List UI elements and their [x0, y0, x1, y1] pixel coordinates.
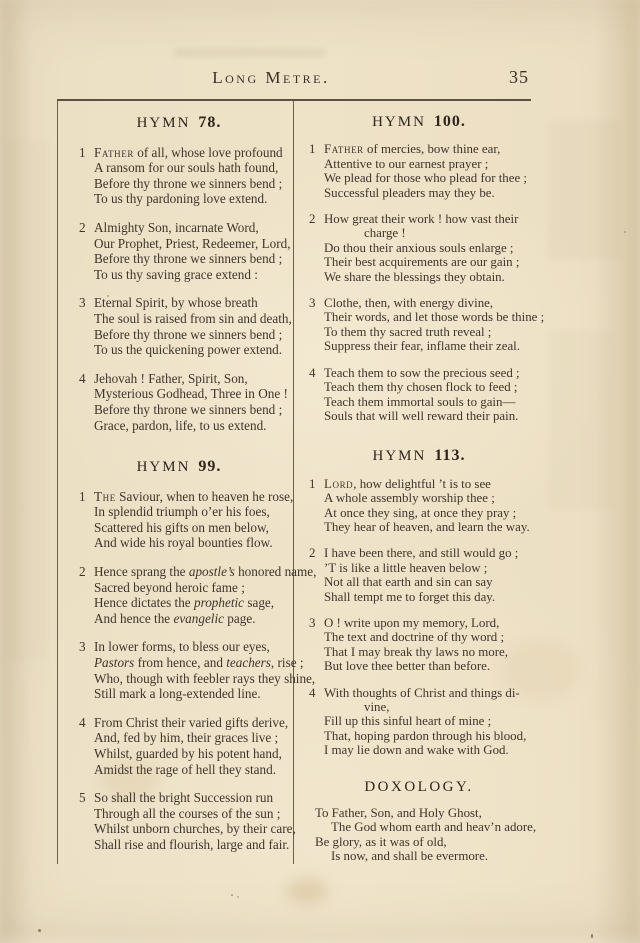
verse-line: Lord, how delightful ’t is to see	[324, 477, 531, 491]
hymn-heading-label: HYMN	[137, 459, 191, 475]
showthrough-mark	[8, 140, 48, 660]
verse-line: Teach them thy chosen flock to feed ;	[324, 380, 531, 394]
verse-line: ’T is like a little heaven below ;	[324, 561, 531, 575]
verse-text-segment: Father	[94, 145, 134, 160]
hymn-heading: HYMN99.	[77, 459, 281, 476]
right-column: HYMN100.1Father of mercies, bow thine ea…	[294, 101, 531, 864]
verse-line: Do thou their anxious souls enlarge ;	[324, 241, 531, 255]
verse-line: To them thy sacred truth reveal ;	[324, 325, 531, 339]
hymn-number: 100.	[434, 113, 466, 130]
verse-line: Teach them immortal souls to gain—	[324, 395, 531, 409]
hymn-verse: 3O ! write upon my memory, Lord,The text…	[324, 616, 531, 674]
verse-line: Before thy throne we sinners bend ;	[94, 402, 281, 418]
verse-line: But love thee better than before.	[324, 659, 531, 673]
verse-line: Suppress their fear, inflame their zeal.	[324, 339, 531, 353]
verse-line: So shall the bright Succession run	[94, 790, 281, 806]
page-content: Long Metre. 35 HYMN78.1Father of all, wh…	[57, 58, 531, 864]
verse-text-segment: teachers	[226, 655, 271, 670]
hymn-columns: HYMN78.1Father of all, whose love profou…	[57, 101, 531, 864]
hymn-verse: 2How great their work ! how vast theirch…	[324, 212, 531, 284]
verse-number: 3	[79, 639, 86, 655]
verse-line: Teach them to sow the precious seed ;	[324, 366, 531, 380]
verse-line: Is now, and shall be evermore.	[315, 849, 531, 863]
verse-line: A ransom for our souls hath found,	[94, 160, 281, 176]
verse-number: 1	[79, 489, 86, 505]
verse-line: Pastors from hence, and teachers, rise ;	[94, 655, 281, 671]
verse-text-segment: prophetic	[194, 595, 244, 610]
verse-line: Fill up this sinful heart of mine ;	[324, 714, 531, 728]
verse-line: How great their work ! how vast their	[324, 212, 531, 226]
hymnal-page: Long Metre. 35 HYMN78.1Father of all, wh…	[0, 0, 640, 943]
paper-speck	[624, 231, 626, 233]
verse-line: O ! write upon my memory, Lord,	[324, 616, 531, 630]
paper-speck	[38, 929, 41, 932]
verse-text-segment: The	[94, 489, 116, 504]
hymn-verse: 4With thoughts of Christ and things di-v…	[324, 686, 531, 758]
verse-number: 1	[79, 145, 86, 161]
hymn-verse: 2Hence sprang the apostle’s honored name…	[94, 564, 281, 626]
verse-line: Whilst unborn churches, by their care,	[94, 821, 281, 837]
verse-number: 3	[309, 616, 315, 630]
verse-text-segment: page.	[224, 611, 256, 626]
verse-line: To us the quickening power extend.	[94, 342, 281, 358]
verse-line: And wide his royal bounties flow.	[94, 535, 281, 551]
hymn-number: 113.	[434, 447, 465, 464]
hymn-verse: 5So shall the bright Succession runThrou…	[94, 790, 281, 852]
verse-number: 1	[309, 142, 315, 156]
verse-line: Hence dictates the prophetic sage,	[94, 595, 281, 611]
verse-line: Our Prophet, Priest, Redeemer, Lord,	[94, 236, 281, 252]
hymn-verse: 3Clothe, then, with energy divine,Their …	[324, 296, 531, 354]
verse-line: Their words, and let those words be thin…	[324, 310, 531, 324]
verse-line: charge !	[324, 226, 531, 240]
verse-number: 5	[79, 790, 86, 806]
verse-line: With thoughts of Christ and things di-	[324, 686, 531, 700]
hymn-verse: 3Eternal Spirit, by whose breathThe soul…	[94, 295, 281, 357]
hymn-number: 99.	[198, 458, 221, 475]
hymn-number: 78.	[198, 114, 221, 131]
verse-line: Successful pleaders may they be.	[324, 186, 531, 200]
verse-number: 2	[79, 564, 86, 580]
verse-line: Eternal Spirit, by whose breath	[94, 295, 281, 311]
hymn-verse: 1Lord, how delightful ’t is to seeA whol…	[324, 477, 531, 535]
verse-text-segment: , how delightful ’t is to see	[353, 477, 491, 491]
paper-speck	[237, 896, 239, 898]
verse-line: Clothe, then, with energy divine,	[324, 296, 531, 310]
verse-text-segment: Hence sprang the	[94, 564, 189, 579]
verse-line: Not all that earth and sin can say	[324, 575, 531, 589]
verse-number: 4	[309, 366, 315, 380]
verse-number: 2	[79, 220, 86, 236]
verse-line: And, fed by him, their graces live ;	[94, 730, 281, 746]
verse-text-segment: evangelic	[173, 611, 224, 626]
hymn-heading-label: HYMN	[373, 448, 427, 464]
verse-text-segment: sage,	[244, 595, 274, 610]
verse-line: In lower forms, to bless our eyes,	[94, 639, 281, 655]
verse-line: Shall rise and flourish, large and fair.	[94, 837, 281, 853]
paper-speck	[231, 894, 233, 896]
verse-text-segment: from hence, and	[134, 655, 226, 670]
verse-text-segment: Father	[324, 142, 364, 156]
verse-line: Whilst, guarded by his potent hand,	[94, 746, 281, 762]
verse-line: Be glory, as it was of old,	[315, 835, 531, 849]
verse-line: Souls that will well reward their pain.	[324, 409, 531, 423]
paper-stain	[286, 878, 328, 904]
verse-line: Who, though with feebler rays they shine…	[94, 671, 281, 687]
verse-line: Through all the courses of the sun ;	[94, 806, 281, 822]
verse-line: A whole assembly worship thee ;	[324, 491, 531, 505]
verse-line: Amidst the rage of hell they stand.	[94, 762, 281, 778]
showthrough-mark	[548, 330, 614, 510]
verse-line: Jehovah ! Father, Spirit, Son,	[94, 371, 281, 387]
verse-number: 1	[309, 477, 315, 491]
hymn-heading: HYMN100.	[307, 115, 531, 129]
verse-line: Shall tempt me to forget this day.	[324, 590, 531, 604]
paper-speck	[591, 934, 593, 938]
hymn-verse: 1Father of mercies, bow thine ear,Attent…	[324, 142, 531, 200]
verse-number: 2	[309, 546, 315, 560]
verse-line: And hence the evangelic page.	[94, 611, 281, 627]
verse-line: The soul is raised from sin and death,	[94, 311, 281, 327]
verse-text-segment: apostle’s	[189, 564, 235, 579]
verse-text-segment: honored name,	[235, 564, 317, 579]
hymn-heading: HYMN78.	[77, 115, 281, 132]
verse-line: We share the blessings they obtain.	[324, 270, 531, 284]
verse-line: The God whom earth and heav’n adore,	[315, 820, 531, 834]
hymn-heading-label: HYMN	[372, 114, 426, 130]
verse-line: In splendid triumph o’er his foes,	[94, 504, 281, 520]
verse-line: They hear of heaven, and learn the way.	[324, 520, 531, 534]
verse-line: Father of mercies, bow thine ear,	[324, 142, 531, 156]
verse-line: I may lie down and wake with God.	[324, 743, 531, 757]
verse-line: Before thy throne we sinners bend ;	[94, 176, 281, 192]
verse-number: 4	[79, 371, 86, 387]
verse-line: Still mark a long-extended line.	[94, 686, 281, 702]
verse-text-segment: , rise ;	[271, 655, 304, 670]
hymn-verse: 4Teach them to sow the precious seed ;Te…	[324, 366, 531, 424]
verse-text-segment: Saviour, when to heaven he rose,	[116, 489, 293, 504]
verse-text-segment: of mercies, bow thine ear,	[364, 142, 501, 156]
hymn-verse: 1Father of all, whose love profoundA ran…	[94, 145, 281, 207]
verse-line: vine,	[324, 700, 531, 714]
hymn-verse: 3In lower forms, to bless our eyes,Pasto…	[94, 639, 281, 701]
verse-line: Before thy throne we sinners bend ;	[94, 251, 281, 267]
verse-number: 3	[309, 296, 315, 310]
verse-line: Scattered his gifts on men below,	[94, 520, 281, 536]
hymn-verse: 4From Christ their varied gifts derive,A…	[94, 715, 281, 777]
verse-line: Before thy throne we sinners bend ;	[94, 327, 281, 343]
verse-number: 4	[309, 686, 315, 700]
verse-number: 3	[79, 295, 86, 311]
hymn-verse: To Father, Son, and Holy Ghost,The God w…	[315, 806, 531, 864]
verse-line: That I may break thy laws no more,	[324, 645, 531, 659]
hymn-heading-label: HYMN	[137, 115, 191, 131]
verse-line: Mysterious Godhead, Three in One !	[94, 386, 281, 402]
verse-text-segment: And hence the	[94, 611, 173, 626]
hymn-verse: 2Almighty Son, incarnate Word,Our Prophe…	[94, 220, 281, 282]
verse-line: Sacred beyond heroic fame ;	[94, 580, 281, 596]
verse-line: To us thy pardoning love extend.	[94, 191, 281, 207]
hymn-heading: HYMN113.	[307, 449, 531, 463]
verse-number: 2	[309, 212, 315, 226]
verse-line: The Saviour, when to heaven he rose,	[94, 489, 281, 505]
page-number: 35	[509, 67, 529, 88]
verse-line: We plead for those who plead for thee ;	[324, 171, 531, 185]
verse-line: Almighty Son, incarnate Word,	[94, 220, 281, 236]
verse-line: The text and doctrine of thy word ;	[324, 630, 531, 644]
running-title: Long Metre.	[57, 68, 485, 88]
showthrough-mark	[548, 120, 618, 260]
verse-line: From Christ their varied gifts derive,	[94, 715, 281, 731]
verse-line: Attentive to our earnest prayer ;	[324, 157, 531, 171]
verse-line: To Father, Son, and Holy Ghost,	[315, 806, 531, 820]
verse-line: Grace, pardon, life, to us extend.	[94, 418, 281, 434]
doxology-heading: DOXOLOGY.	[307, 780, 531, 794]
verse-text-segment: Lord	[324, 477, 353, 491]
verse-line: Father of all, whose love profound	[94, 145, 281, 161]
verse-line: Hence sprang the apostle’s honored name,	[94, 564, 281, 580]
verse-line: Their best acquirements are our gain ;	[324, 255, 531, 269]
verse-line: To us thy saving grace extend :	[94, 267, 281, 283]
verse-text-segment: Hence dictates the	[94, 595, 194, 610]
left-column: HYMN78.1Father of all, whose love profou…	[57, 101, 294, 864]
verse-line: At once they sing, at once they pray ;	[324, 506, 531, 520]
verse-line: That, hoping pardon through his blood,	[324, 729, 531, 743]
page-header: Long Metre. 35	[57, 68, 531, 96]
verse-text-segment: of all, whose love profound	[134, 145, 283, 160]
verse-line: I have been there, and still would go ;	[324, 546, 531, 560]
verse-number: 4	[79, 715, 86, 731]
hymn-verse: 4Jehovah ! Father, Spirit, Son,Mysteriou…	[94, 371, 281, 433]
verse-text-segment: Pastors	[94, 655, 134, 670]
hymn-verse: 2I have been there, and still would go ;…	[324, 546, 531, 604]
header-rule	[57, 99, 531, 101]
showthrough-mark	[175, 48, 325, 57]
hymn-verse: 1The Saviour, when to heaven he rose,In …	[94, 489, 281, 551]
